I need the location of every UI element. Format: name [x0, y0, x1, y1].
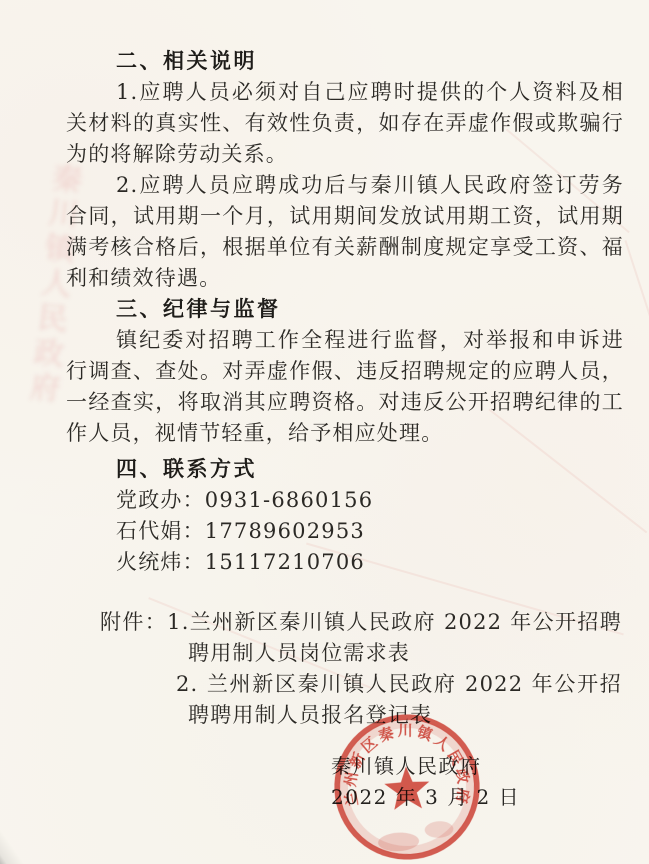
- paragraph-discipline-supervision: 镇纪委对招聘工作全程进行监督，对举报和申诉进行调查、查处。对弄虚作假、违反招聘规…: [66, 325, 624, 449]
- scan-artifact-line: [625, 240, 649, 421]
- document-body: 二、相关说明 1.应聘人员必须对自己应聘时提供的个人资料及相关材料的真实性、有效…: [66, 46, 624, 731]
- section-heading-discipline-supervision: 三、纪律与监督: [116, 294, 624, 325]
- seal-star-icon: [383, 765, 430, 810]
- section-heading-related-notes: 二、相关说明: [116, 46, 624, 77]
- attachments-label: 附件：: [100, 610, 167, 634]
- contact-line-huotongwei: 火统炜：15117210706: [116, 547, 624, 578]
- attachment-item-1-text: 1.兰州新区秦川镇人民政府 2022 年公开招聘聘用制人员岗位需求表: [167, 610, 622, 665]
- paragraph-related-notes-2: 2.应聘人员应聘成功后与秦川镇人民政府签订劳务合同，试用期一个月，试用期间发放试…: [66, 170, 624, 294]
- section-heading-contact-info: 四、联系方式: [116, 454, 624, 485]
- official-seal: 兰州新区秦川镇人民政府: [326, 706, 488, 864]
- page-corner-shadow: [0, 784, 30, 864]
- scanned-document-page: 秦川镇人民政府 二、相关说明 1.应聘人员必须对自己应聘时提供的个人资料及相关材…: [0, 0, 649, 864]
- contact-line-dangzhengban: 党政办：0931-6860156: [116, 485, 624, 516]
- paragraph-related-notes-1: 1.应聘人员必须对自己应聘时提供的个人资料及相关材料的真实性、有效性负责，如存在…: [66, 77, 624, 170]
- attachment-item-1: 附件：1.兰州新区秦川镇人民政府 2022 年公开招聘聘用制人员岗位需求表: [100, 607, 622, 669]
- contact-line-shidaijuan: 石代娟：17789602953: [116, 516, 624, 547]
